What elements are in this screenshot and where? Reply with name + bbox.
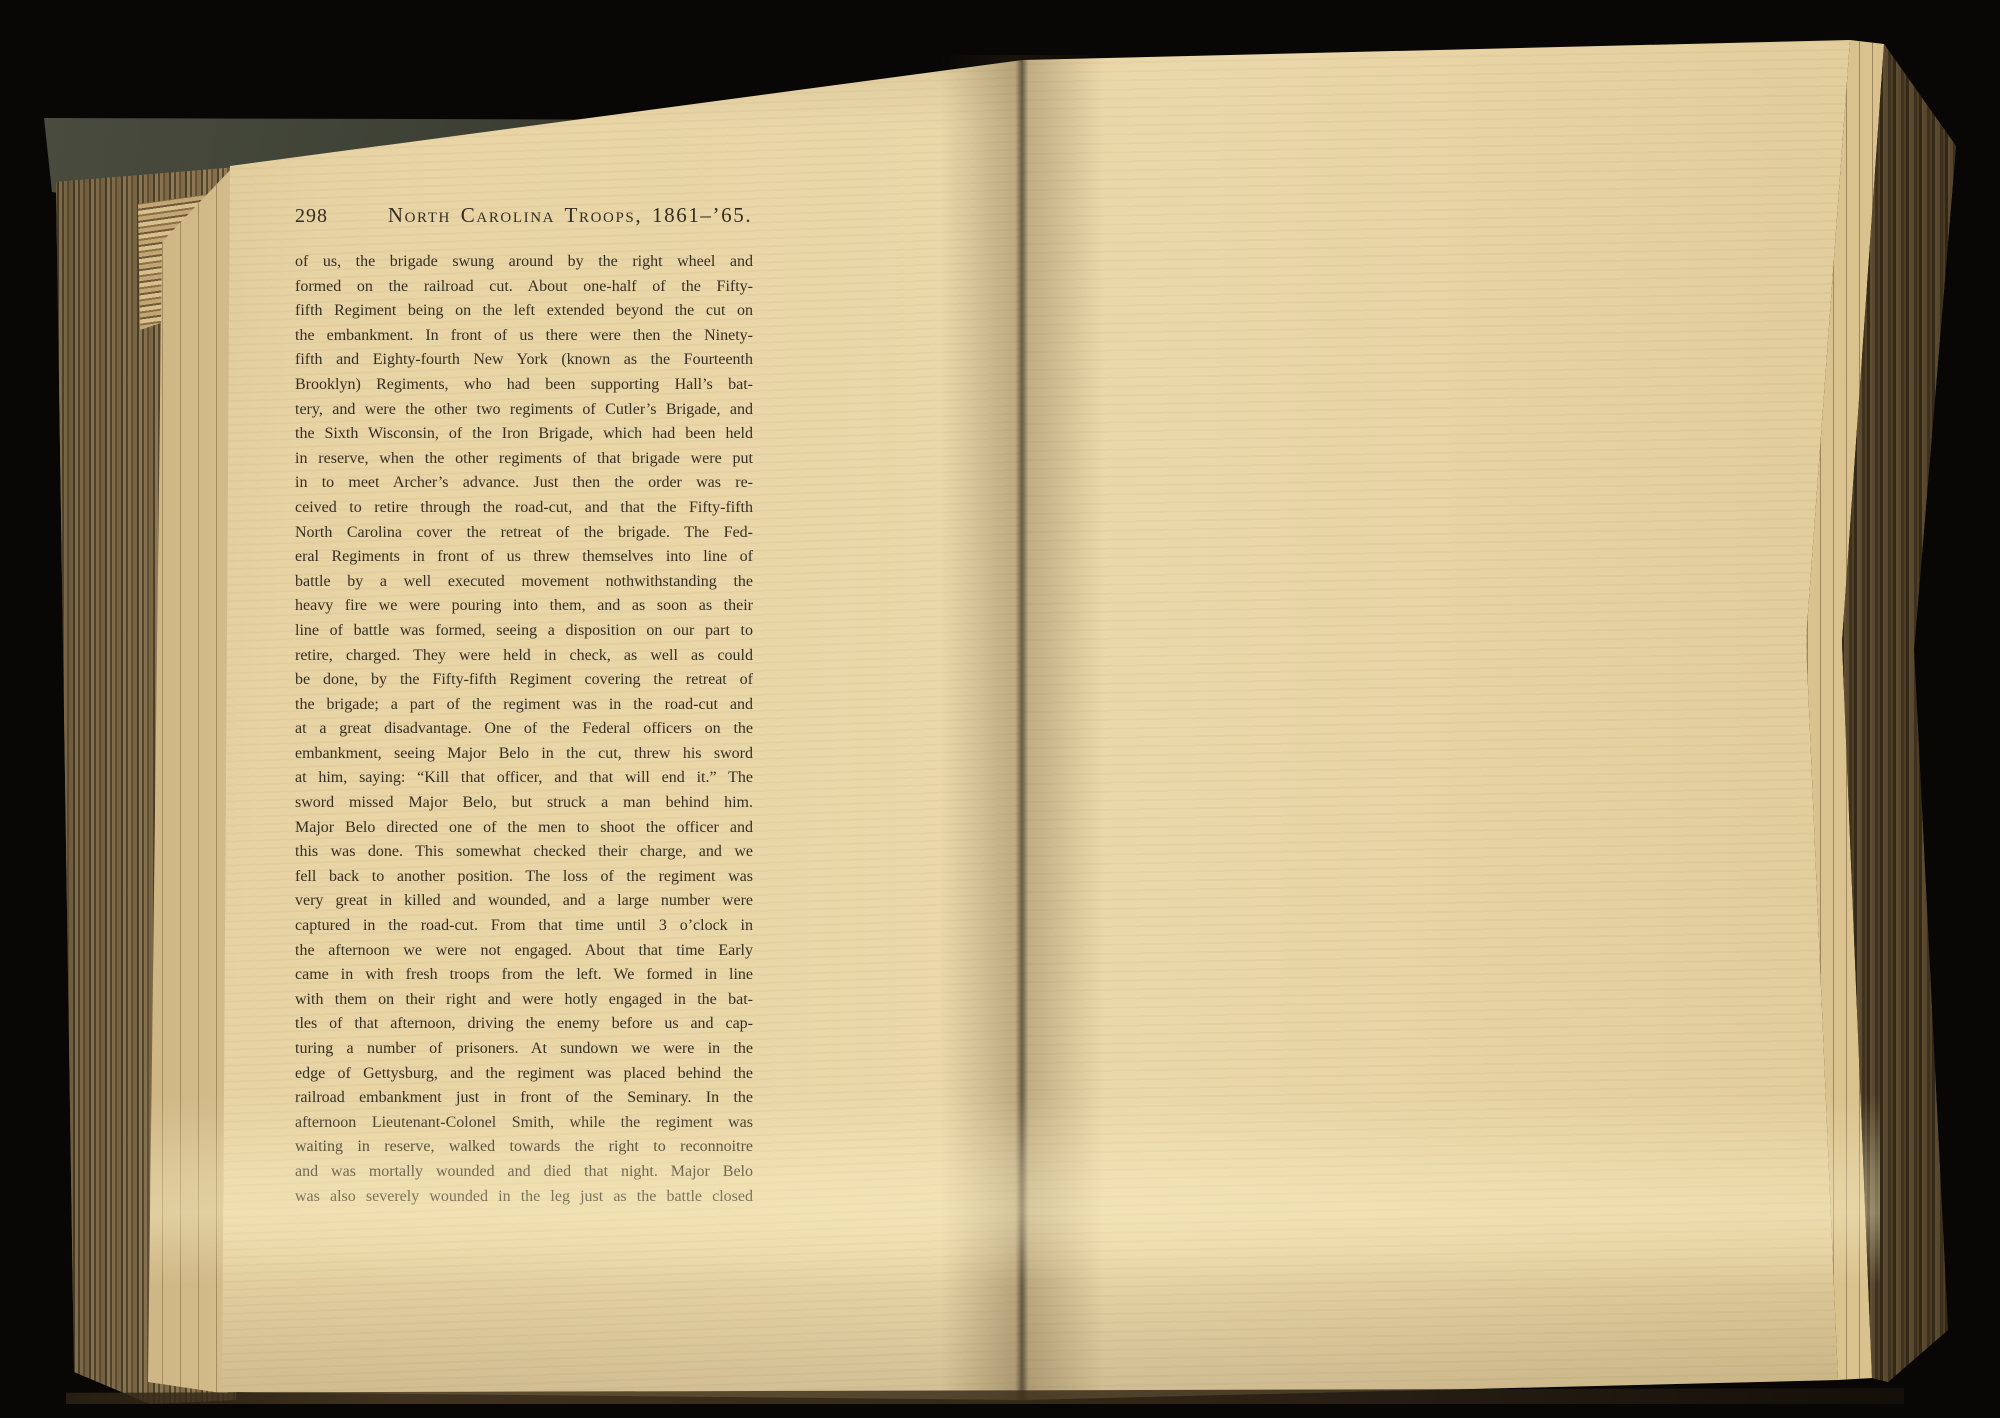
text-line: ceived to retire through the road-cut, a… (295, 496, 753, 521)
text-line: retire, charged. They were held in check… (295, 644, 753, 669)
text-line: fifth Regiment being on the left extende… (295, 299, 753, 324)
open-book-photograph: 298 North Carolina Troops, 1861–’65. of … (0, 0, 2000, 1418)
text-line: afternoon Lieutenant-Colonel Smith, whil… (295, 1111, 753, 1136)
text-line: came in with fresh troops from the left.… (295, 963, 753, 988)
text-line: in reserve, when the other regiments of … (295, 447, 753, 472)
text-line: at a great disadvantage. One of the Fede… (295, 717, 753, 742)
page-number: 298 (295, 205, 387, 228)
text-line: battle by a well executed movement nothw… (295, 570, 753, 595)
book-gutter-shadow (940, 55, 1104, 1403)
text-line: line of battle was formed, seeing a disp… (295, 619, 753, 644)
text-line: heavy fire we were pouring into them, an… (295, 594, 753, 619)
text-line: was also severely wounded in the leg jus… (295, 1185, 753, 1210)
text-line: be done, by the Fifty-fifth Regiment cov… (295, 668, 753, 693)
text-line: waiting in reserve, walked towards the r… (295, 1135, 753, 1160)
text-line: captured in the road-cut. From that time… (295, 914, 753, 939)
text-line: turing a number of prisoners. At sundown… (295, 1037, 753, 1062)
text-line: embankment, seeing Major Belo in the cut… (295, 742, 753, 767)
text-line: edge of Gettysburg, and the regiment was… (295, 1062, 753, 1087)
text-line: this was done. This somewhat checked the… (295, 840, 753, 865)
text-line: the Sixth Wisconsin, of the Iron Brigade… (295, 422, 753, 447)
running-header-row: 298 North Carolina Troops, 1861–’65. (295, 203, 753, 233)
left-page-text-block: 298 North Carolina Troops, 1861–’65. of … (295, 203, 753, 1209)
text-line: of us, the brigade swung around by the r… (295, 250, 753, 275)
text-line: in to meet Archer’s advance. Just then t… (295, 471, 753, 496)
text-line: railroad embankment just in front of the… (295, 1086, 753, 1111)
text-line: tery, and were the other two regiments o… (295, 398, 753, 423)
text-line: at him, saying: “Kill that officer, and … (295, 766, 753, 791)
text-line: formed on the railroad cut. About one-ha… (295, 275, 753, 300)
text-line: the embankment. In front of us there wer… (295, 324, 753, 349)
text-line: and was mortally wounded and died that n… (295, 1160, 753, 1185)
text-line: North Carolina cover the retreat of the … (295, 521, 753, 546)
text-line: tles of that afternoon, driving the enem… (295, 1012, 753, 1037)
text-line: sword missed Major Belo, but struck a ma… (295, 791, 753, 816)
text-line: the afternoon we were not engaged. About… (295, 939, 753, 964)
text-line: Major Belo directed one of the men to sh… (295, 816, 753, 841)
text-line: fifth and Eighty-fourth New York (known … (295, 348, 753, 373)
text-line: very great in killed and wounded, and a … (295, 889, 753, 914)
text-line: with them on their right and were hotly … (295, 988, 753, 1013)
text-line: fell back to another position. The loss … (295, 865, 753, 890)
text-line: Brooklyn) Regiments, who had been suppor… (295, 373, 753, 398)
text-line: eral Regiments in front of us threw them… (295, 545, 753, 570)
running-header: North Carolina Troops, 1861–’65. (387, 203, 753, 228)
page-body-text: of us, the brigade swung around by the r… (295, 250, 753, 1209)
text-line: the brigade; a part of the regiment was … (295, 693, 753, 718)
